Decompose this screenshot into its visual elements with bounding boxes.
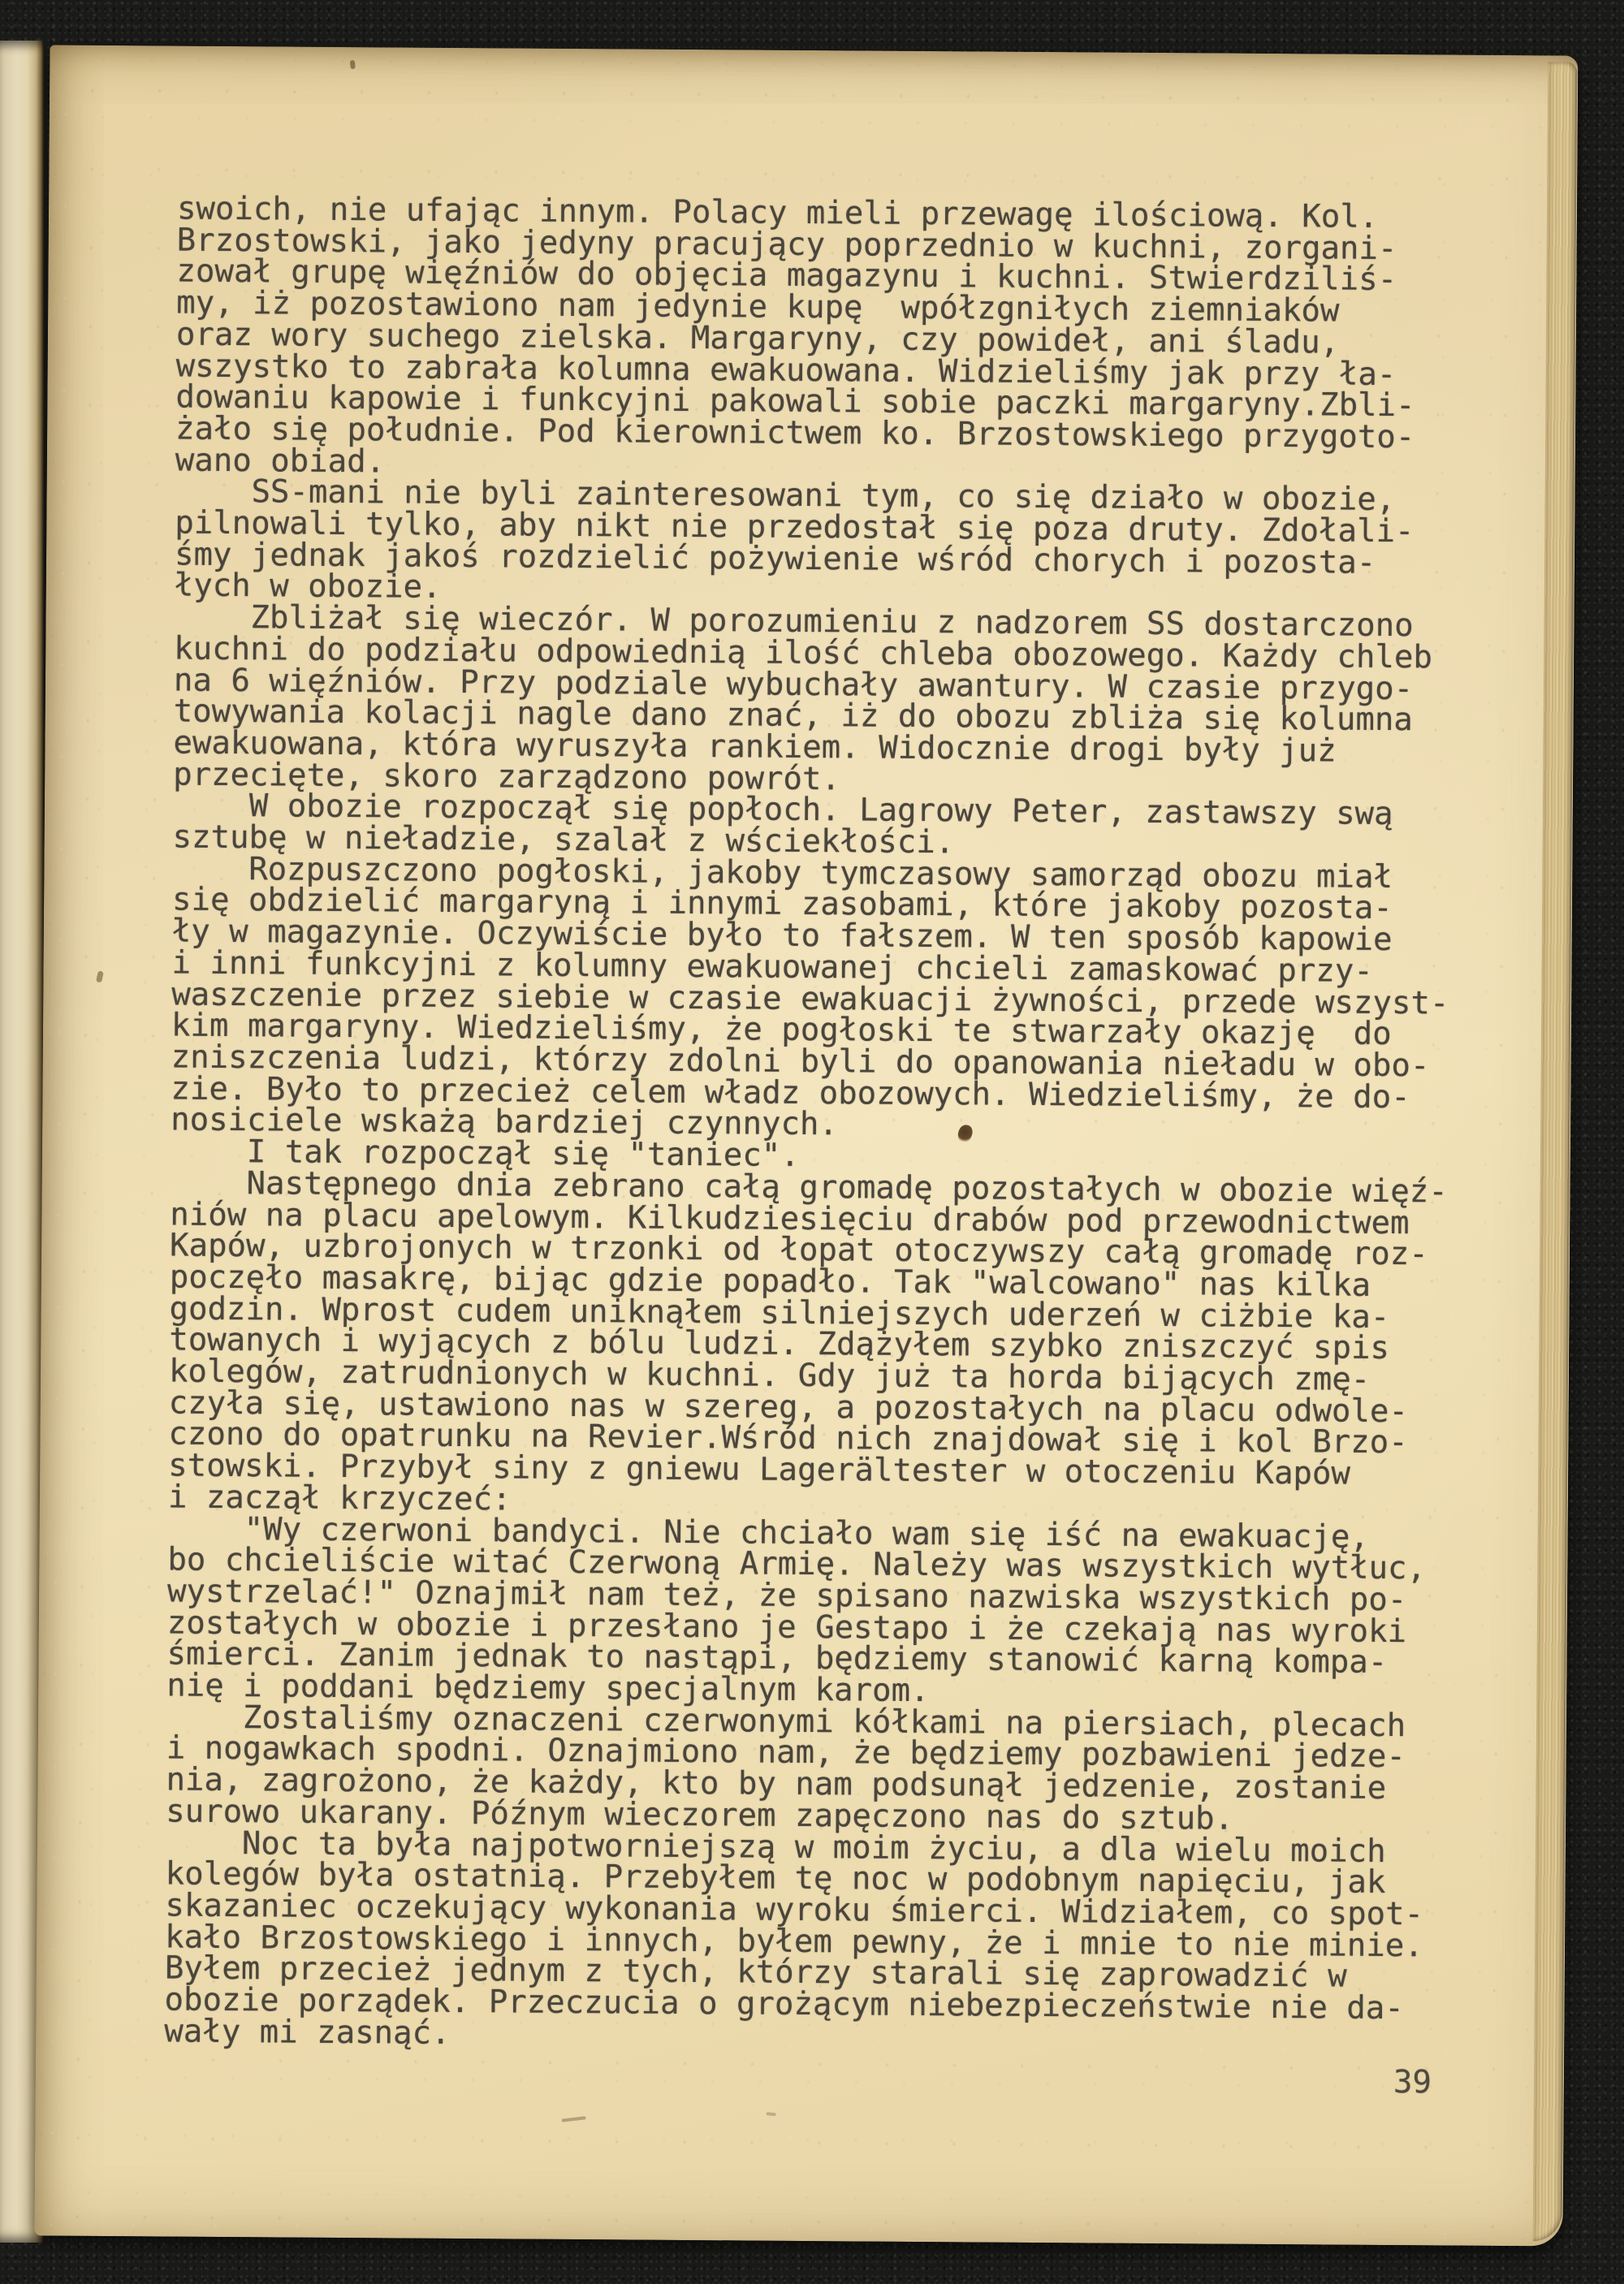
- page-number: 39: [1393, 2066, 1432, 2099]
- pencil-mark: [767, 2112, 776, 2116]
- page-body-text: swoich, nie ufając innym. Polacy mieli p…: [164, 194, 1454, 2057]
- page-stack-edge: [1533, 62, 1578, 2241]
- margin-speck: [96, 970, 104, 982]
- pencil-mark: [561, 2116, 585, 2122]
- top-speck: [350, 60, 356, 70]
- book-page: swoich, nie ufając innym. Polacy mieli p…: [35, 45, 1579, 2246]
- scanned-book-photo: swoich, nie ufając innym. Polacy mieli p…: [0, 0, 1624, 2284]
